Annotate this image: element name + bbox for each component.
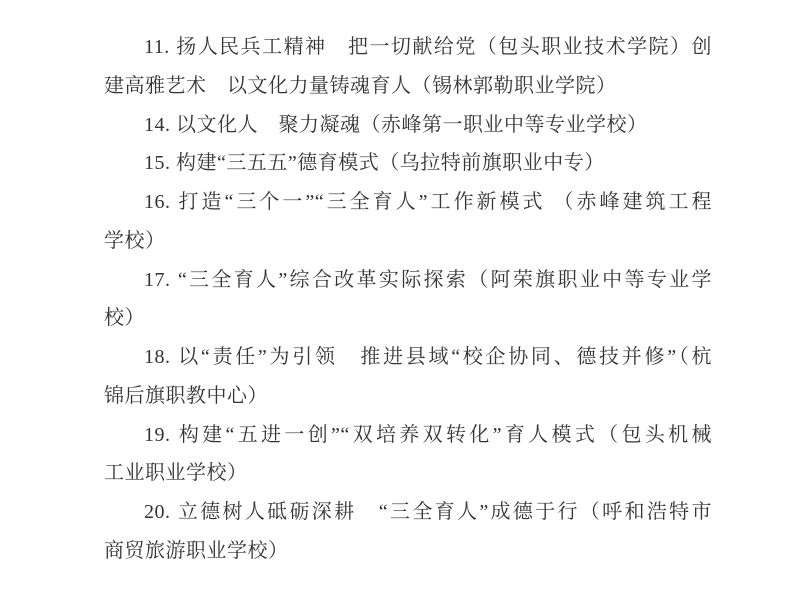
list-item-16-line-1: 16. 打造“三个一”“三全育人”工作新模式 （赤峰建筑工程 [104,183,712,222]
list-item-20-line-1: 20. 立德树人砥砺深耕 “三全育人”成德于行（呼和浩特市 [104,493,712,532]
list-item-19-line-1: 19. 构建“五进一创”“双培养双转化”育人模式（包头机械 [104,416,712,455]
list-item-17-line-1: 17. “三全育人”综合改革实际探索（阿荣旗职业中等专业学 [104,261,712,300]
document-text-block: 11. 扬人民兵工精神 把一切献给党（包头职业技术学院）创 建高雅艺术 以文化力… [104,28,712,571]
list-item-19-line-2: 工业职业学校） [104,454,712,493]
list-item-11-line-2: 建高雅艺术 以文化力量铸魂育人（锡林郭勒职业学院） [104,67,712,106]
list-item-14: 14. 以文化人 聚力凝魂（赤峰第一职业中等专业学校） [104,106,712,145]
list-item-16-line-2: 学校） [104,222,712,261]
document-page: 11. 扬人民兵工精神 把一切献给党（包头职业技术学院）创 建高雅艺术 以文化力… [0,0,800,608]
list-item-20-line-2: 商贸旅游职业学校） [104,532,712,571]
list-item-15: 15. 构建“三五五”德育模式（乌拉特前旗职业中专） [104,144,712,183]
list-item-18-line-1: 18. 以“责任”为引领 推进县域“校企协同、德技并修”（杭 [104,338,712,377]
list-item-17-line-2: 校） [104,299,712,338]
list-item-18-line-2: 锦后旗职教中心） [104,377,712,416]
list-item-11-line-1: 11. 扬人民兵工精神 把一切献给党（包头职业技术学院）创 [104,28,712,67]
